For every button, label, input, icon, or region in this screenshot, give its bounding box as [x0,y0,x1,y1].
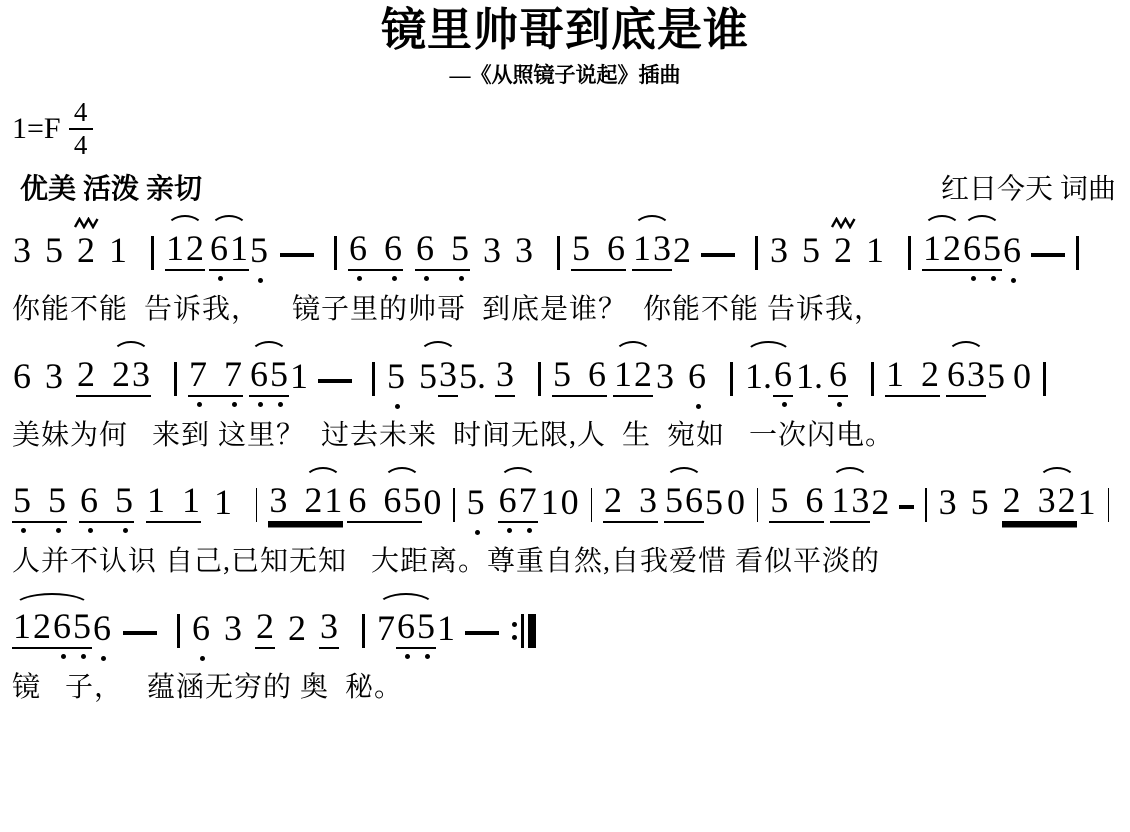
barline [925,488,926,522]
note-group: 5 [801,232,821,271]
music-line-2: 63223776515535.35612361.61.6126350 [10,353,1120,397]
note-group: 5 [386,358,406,397]
note: 2 [920,356,940,397]
repeat-dots-icon [512,614,517,648]
note: 5 [466,484,486,523]
note-group: 3 [319,608,339,649]
note: 3 [438,356,458,397]
lyrics-line-1: 你能不能 告诉我， 镜子里的帅哥 到底是谁？ 你能不能 告诉我， [10,287,1120,327]
system-4: 12656632237651 镜 子， 蕴涵无穷的 奥 秘。 [10,605,1120,705]
note: 1. [795,358,824,397]
note: 5 [664,482,684,523]
note-group: 1 [865,232,885,271]
octave-dot [971,276,976,281]
note: 1 [181,482,201,523]
slur-arc [1038,467,1076,481]
note: 6 [191,610,211,649]
barline [730,362,733,396]
meter-denominator: 4 [74,132,88,159]
note: 0 [1012,358,1032,397]
octave-dot [405,654,410,659]
note: 5 [114,482,134,523]
barline [591,488,592,522]
note: 3 [495,356,515,397]
note-group: 6 [347,482,382,523]
octave-dot [459,276,464,281]
note-group: 1 [1077,484,1097,523]
barline [372,362,375,396]
note-group: 56 [664,482,704,523]
repeat-dot [512,622,517,627]
note-group: 2 [255,608,275,649]
note: 1. [744,358,773,397]
note-group: 12 [885,356,940,397]
note: 5 [72,608,92,649]
note-group: 6 [92,610,112,649]
note-group: 5. [458,358,487,397]
note: 0 [422,484,442,523]
octave-dot [1011,278,1016,283]
note-group: 65 [962,230,1002,271]
slur-arc [13,593,91,607]
note: 5 [769,482,804,523]
mordent-icon [74,217,100,229]
note-group: 3 [482,232,502,271]
note-group: 77 [188,356,243,397]
note: 3 [938,484,958,523]
composer-credit: 红日今天 词曲 [941,167,1116,207]
dash-note [899,505,914,509]
note-group: 2 [76,356,111,397]
note: 6 [773,356,793,397]
octave-dot [232,402,237,407]
note-group: 1.6 [744,356,793,397]
note: 5 [801,232,821,271]
music-line-4: 12656632237651 [10,605,1120,649]
lyrics-line-4: 镜 子， 蕴涵无穷的 奥 秘。 [10,665,1120,705]
note: 6 [382,482,402,523]
music-line-3: 556511132166505671023565056132352321 [10,479,1120,523]
note: 3 [638,482,658,523]
slur-arc [947,341,985,355]
barline [908,236,911,270]
note: 5 [704,484,724,523]
note: 3 [131,356,151,397]
note: 6 [347,482,382,523]
note-group: 66 [348,230,403,271]
barline [1043,362,1046,396]
octave-dot [81,654,86,659]
note: 6 [684,482,704,523]
note: 1 [146,482,181,523]
note-group: 3 [495,356,515,397]
barline [871,362,874,396]
note-group: 1 [540,484,560,523]
note: 3 [223,610,243,649]
note: 2 [76,232,96,271]
note-group: 11 [146,482,201,523]
system-3: 556511132166505671023565056132352321 人并不… [10,479,1120,579]
barline [174,362,177,396]
note-group: 6 [1002,232,1022,271]
note-group: 67 [498,482,538,523]
note: 2 [111,356,131,397]
octave-dot [258,278,263,283]
barline [538,362,541,396]
thin-barline [521,614,524,648]
octave-dot [278,402,283,407]
slur-arc [963,215,1001,229]
note-group: 2 [870,484,890,523]
note: 3 [655,358,675,397]
slur-arc [499,467,537,481]
note-group: 23 [111,356,151,397]
note: 5 [552,356,587,397]
note-group: 2 [833,232,853,271]
note: 6 [12,358,32,397]
note: 2 [185,230,205,271]
note-group: 6 [191,610,211,649]
note-group: 5 [44,232,64,271]
note-group: 63 [946,356,986,397]
note: 1 [108,232,128,271]
barline [757,488,758,522]
note: 5 [571,230,606,271]
octave-dot [218,276,223,281]
tempo-marking: 优美 活泼 亲切 [20,167,202,207]
note: 6 [348,230,383,271]
note-group: 765 [376,608,436,649]
octave-dot [527,528,532,533]
note: 3 [44,358,64,397]
end-repeat-barline [512,614,536,648]
note-group: 0 [1012,358,1032,397]
note: 1 [865,232,885,271]
note-group: 3 [223,610,243,649]
thick-barline [528,614,536,648]
octave-dot [101,656,106,661]
octave-dot [200,656,205,661]
note-group: 1 [289,358,309,397]
system-2: 63223776515535.35612361.61.6126350 美妹为何 … [10,353,1120,453]
note: 5. [458,358,487,397]
slur-arc [633,215,671,229]
note: 0 [560,484,580,523]
note: 1 [632,230,652,271]
dash-note [1031,253,1065,257]
note-group: 5 [466,484,486,523]
note: 6 [498,482,518,523]
note-group: 5 [249,232,269,271]
note: 2 [942,230,962,271]
note-group: 65 [382,482,422,523]
octave-dot [123,528,128,533]
note: 1 [229,230,249,271]
mordent-icon [831,217,857,229]
note: 2 [672,232,692,271]
octave-dot [507,528,512,533]
tempo-credit-row: 优美 活泼 亲切 红日今天 词曲 [10,167,1120,207]
note-group: 3 [769,232,789,271]
note: 5 [249,232,269,271]
note: 5 [269,356,289,397]
octave-dot [21,528,26,533]
lyrics-line-3: 人并不认识 自己,已知无知 大距离。尊重自然,自我爱惜 看似平淡的 [10,539,1120,579]
note-group: 65 [415,230,470,271]
note: 6 [383,230,403,271]
octave-dot [258,402,263,407]
music-line-1: 35211261566653356132352112656 [10,227,1120,271]
note: 1 [830,482,850,523]
dash-note [123,631,157,635]
note: 2 [1057,482,1077,523]
dash-note [701,253,735,257]
note-group: 3 [44,358,64,397]
note: 6 [209,230,229,271]
note: 6 [52,608,72,649]
octave-dot [425,654,430,659]
note: 6 [804,482,824,523]
note-group: 3 [12,232,32,271]
note: 1 [885,356,920,397]
note-group: 6 [687,358,707,397]
dash-note [318,379,352,383]
barline [557,236,560,270]
note-group: 2 [1002,482,1037,523]
octave-dot [61,654,66,659]
note: 5 [44,232,64,271]
dash-note [465,631,499,635]
slur-arc [377,593,435,607]
note: 1 [289,358,309,397]
slur-arc [923,215,961,229]
slur-arc [745,341,792,355]
note: 7 [223,356,243,397]
note-group: 0 [726,484,746,523]
note: 2 [633,356,653,397]
barline [334,236,337,270]
note-group: 32 [1037,482,1077,523]
slur-arc [665,467,703,481]
note: 5 [47,482,67,523]
note-group: 53 [418,356,458,397]
note: 6 [79,482,114,523]
note-group: 2 [287,610,307,649]
slur-arc [250,341,288,355]
note: 3 [769,232,789,271]
dash-note [280,253,314,257]
octave-dot [696,404,701,409]
note-group: 13 [830,482,870,523]
note-group: 55 [12,482,67,523]
note-group: 56 [571,230,626,271]
note: 5 [970,484,990,523]
note: 6 [396,608,416,649]
note: 3 [652,230,672,271]
note-group: 3 [514,232,534,271]
barline [1108,488,1109,522]
note: 6 [415,230,450,271]
note-group: 13 [632,230,672,271]
note: 6 [962,230,982,271]
slur-arc [614,341,652,355]
note-group: 21 [303,482,343,523]
note-group: 3 [268,482,303,523]
note: 2 [1002,482,1037,523]
time-signature: 4 4 [69,99,93,159]
note: 6 [606,230,626,271]
note-group: 1 [213,484,233,523]
sheet-music-page: 镜里帅哥到底是谁 —《从照镜子说起》插曲 1=F 4 4 优美 活泼 亲切 红日… [10,6,1120,705]
slur-arc [831,467,869,481]
note-group: 1265 [12,608,92,649]
note: 1 [436,610,456,649]
note: 7 [188,356,223,397]
note: 1 [1077,484,1097,523]
note-group: 6 [828,356,848,397]
barline [1076,236,1079,270]
note: 5 [416,608,436,649]
note: 3 [319,608,339,649]
note: 6 [587,356,607,397]
system-1: 35211261566653356132352112656 你能不能 告诉我， … [10,227,1120,327]
note: 7 [376,610,396,649]
note: 3 [966,356,986,397]
note: 6 [92,610,112,649]
note-group: 56 [552,356,607,397]
note-group: 5 [704,484,724,523]
lyrics-line-2: 美妹为何 来到 这里？ 过去未来 时间无限,人 生 宛如 一次闪电。 [10,413,1120,453]
note: 6 [1002,232,1022,271]
octave-dot [782,402,787,407]
note: 3 [1037,482,1057,523]
note-group: 2 [76,232,96,271]
note-group: 56 [769,482,824,523]
octave-dot [197,402,202,407]
note: 2 [833,232,853,271]
octave-dot [357,276,362,281]
note: 6 [249,356,269,397]
note-group: 65 [79,482,134,523]
note: 1 [540,484,560,523]
note-group: 1 [436,610,456,649]
note-group: 12 [613,356,653,397]
meter-numerator: 4 [74,99,88,126]
note: 2 [303,482,323,523]
note: 7 [518,482,538,523]
note-group: 3 [655,358,675,397]
barline [755,236,758,270]
octave-dot [424,276,429,281]
note-group: 65 [249,356,289,397]
barline [453,488,454,522]
slur-arc [112,341,150,355]
note: 5 [402,482,422,523]
repeat-dot [512,635,517,640]
note: 3 [514,232,534,271]
barline [177,614,180,648]
slur-arc [166,215,204,229]
note: 6 [828,356,848,397]
note: 0 [726,484,746,523]
octave-dot [88,528,93,533]
note-group: 12 [165,230,205,271]
octave-dot [392,276,397,281]
note-group: 6 [12,358,32,397]
note: 5 [986,358,1006,397]
note: 1 [213,484,233,523]
slur-arc [383,467,421,481]
slur-arc [419,341,457,355]
note: 5 [450,230,470,271]
note: 3 [268,482,303,523]
note: 1 [323,482,343,523]
slur-arc [304,467,342,481]
note: 5 [386,358,406,397]
note-group: 1 [108,232,128,271]
note-group: 23 [603,482,658,523]
note: 2 [287,610,307,649]
octave-dot [837,402,842,407]
note: 5 [418,358,438,397]
note-group: 5 [986,358,1006,397]
key-signature: 1=F [12,112,61,146]
barline [256,488,257,522]
note: 2 [76,356,111,397]
page-title: 镜里帅哥到底是谁 [10,6,1120,56]
note: 2 [32,608,52,649]
note: 1 [12,608,32,649]
note: 2 [603,482,638,523]
note: 3 [482,232,502,271]
note: 1 [613,356,633,397]
octave-dot [991,276,996,281]
note: 6 [946,356,966,397]
note: 3 [12,232,32,271]
slur-arc [210,215,248,229]
octave-dot [475,530,480,535]
note-group: 0 [422,484,442,523]
note: 2 [255,608,275,649]
note: 5 [12,482,47,523]
note: 6 [687,358,707,397]
subtitle: —《从照镜子说起》插曲 [10,59,1120,89]
note: 1 [165,230,185,271]
octave-dot [56,528,61,533]
note-group: 5 [970,484,990,523]
score: 35211261566653356132352112656 你能不能 告诉我， … [10,227,1120,705]
note-group: 3 [938,484,958,523]
octave-dot [395,404,400,409]
note: 5 [982,230,1002,271]
note-group: 0 [560,484,580,523]
note: 1 [922,230,942,271]
note-group: 12 [922,230,962,271]
barline [362,614,365,648]
note: 3 [850,482,870,523]
note-group: 2 [672,232,692,271]
note-group: 1. [795,358,824,397]
barline [151,236,154,270]
key-and-meter: 1=F 4 4 [10,99,1120,159]
note: 2 [870,484,890,523]
note-group: 61 [209,230,249,271]
